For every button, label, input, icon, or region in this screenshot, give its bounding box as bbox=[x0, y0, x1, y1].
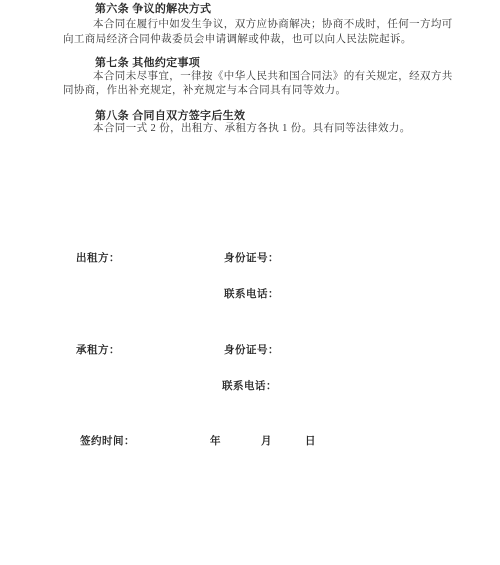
lessee-phone-label: 联系电话： bbox=[222, 380, 277, 392]
article-7-line-1: 本合同未尽事宜，一律按《中华人民共和国合同法》的有关规定，经双方共 bbox=[93, 71, 453, 83]
month-label: 月 bbox=[261, 435, 272, 447]
article-6-line-2: 向工商局经济合同仲裁委员会申请调解或仲裁，也可以向人民法院起诉。 bbox=[63, 34, 412, 46]
lessor-phone-label: 联系电话： bbox=[224, 288, 279, 300]
lessee-label: 承租方： bbox=[76, 344, 120, 356]
signing-date-label: 签约时间： bbox=[80, 435, 135, 447]
contract-document: 第六条 争议的解决方式 本合同在履行中如发生争议，双方应协商解决；协商不成时，任… bbox=[0, 0, 500, 565]
article-8-heading: 第八条 合同自双方签字后生效 bbox=[95, 110, 245, 123]
year-label: 年 bbox=[210, 435, 221, 447]
lessee-id-label: 身份证号： bbox=[224, 344, 279, 356]
article-6-line-1: 本合同在履行中如发生争议，双方应协商解决；协商不成时，任何一方均可 bbox=[93, 19, 453, 31]
day-label: 日 bbox=[305, 435, 316, 447]
lessor-id-label: 身份证号： bbox=[224, 252, 279, 264]
article-7-line-2: 同协商，作出补充规定，补充规定与本合同具有同等效力。 bbox=[63, 85, 346, 97]
article-7-heading: 第七条 其他约定事项 bbox=[95, 57, 200, 70]
lessor-label: 出租方： bbox=[76, 252, 120, 264]
article-6-heading: 第六条 争议的解决方式 bbox=[95, 3, 211, 16]
article-8-line-1: 本合同一式 2 份，出租方、承租方各执 1 份。具有同等法律效力。 bbox=[93, 123, 411, 135]
